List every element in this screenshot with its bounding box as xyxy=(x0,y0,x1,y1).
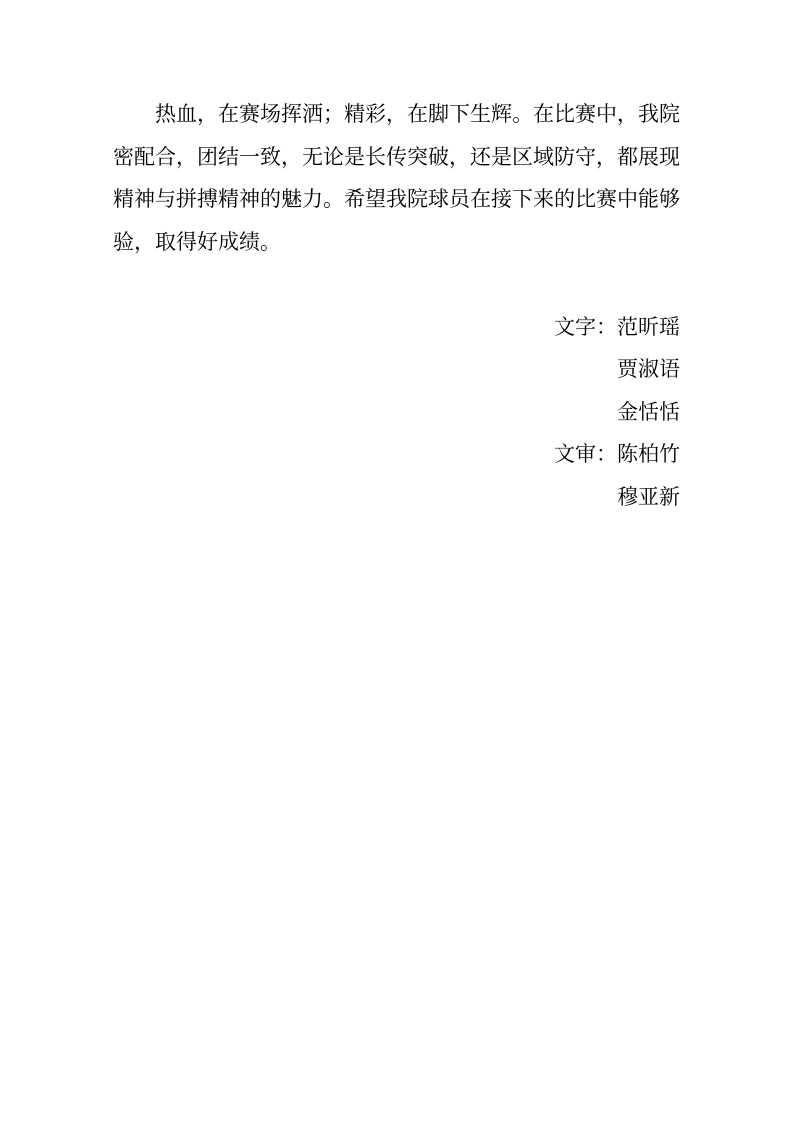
signature-role-label xyxy=(554,391,617,434)
document-page: 热血，在赛场挥洒；精彩，在脚下生辉。在比赛中，我院球员紧 密配合，团结一致，无论… xyxy=(0,0,793,1122)
paragraph-line: 验，取得好成绩。 xyxy=(113,221,680,264)
signature-role-label: 文字： xyxy=(554,306,617,349)
signature-name: 金恬恬 xyxy=(617,391,680,434)
signature-row: 贾淑语 xyxy=(113,348,680,391)
signature-role-label: 文审： xyxy=(554,433,617,476)
signature-name: 贾淑语 xyxy=(617,348,680,391)
paragraph-line: 热血，在赛场挥洒；精彩，在脚下生辉。在比赛中，我院球员紧 xyxy=(113,93,680,136)
signature-block: 文字： 范昕瑶 贾淑语 金恬恬 文审： 陈柏竹 穆亚新 xyxy=(113,306,680,519)
paragraph-line: 密配合，团结一致，无论是长传突破，还是区域防守，都展现了团队 xyxy=(113,136,680,179)
body-paragraph: 热血，在赛场挥洒；精彩，在脚下生辉。在比赛中，我院球员紧 密配合，团结一致，无论… xyxy=(113,93,680,263)
signature-role-label xyxy=(554,348,617,391)
signature-name: 陈柏竹 xyxy=(617,433,680,476)
signature-row: 金恬恬 xyxy=(113,391,680,434)
signature-row: 穆亚新 xyxy=(113,476,680,519)
signature-name: 范昕瑶 xyxy=(617,306,680,349)
signature-role-label xyxy=(554,476,617,519)
paragraph-line: 精神与拼搏精神的魅力。希望我院球员在接下来的比赛中能够总结经 xyxy=(113,178,680,221)
signature-row: 文审： 陈柏竹 xyxy=(113,433,680,476)
signature-name: 穆亚新 xyxy=(617,476,680,519)
signature-row: 文字： 范昕瑶 xyxy=(113,306,680,349)
document-content: 热血，在赛场挥洒；精彩，在脚下生辉。在比赛中，我院球员紧 密配合，团结一致，无论… xyxy=(113,93,680,518)
